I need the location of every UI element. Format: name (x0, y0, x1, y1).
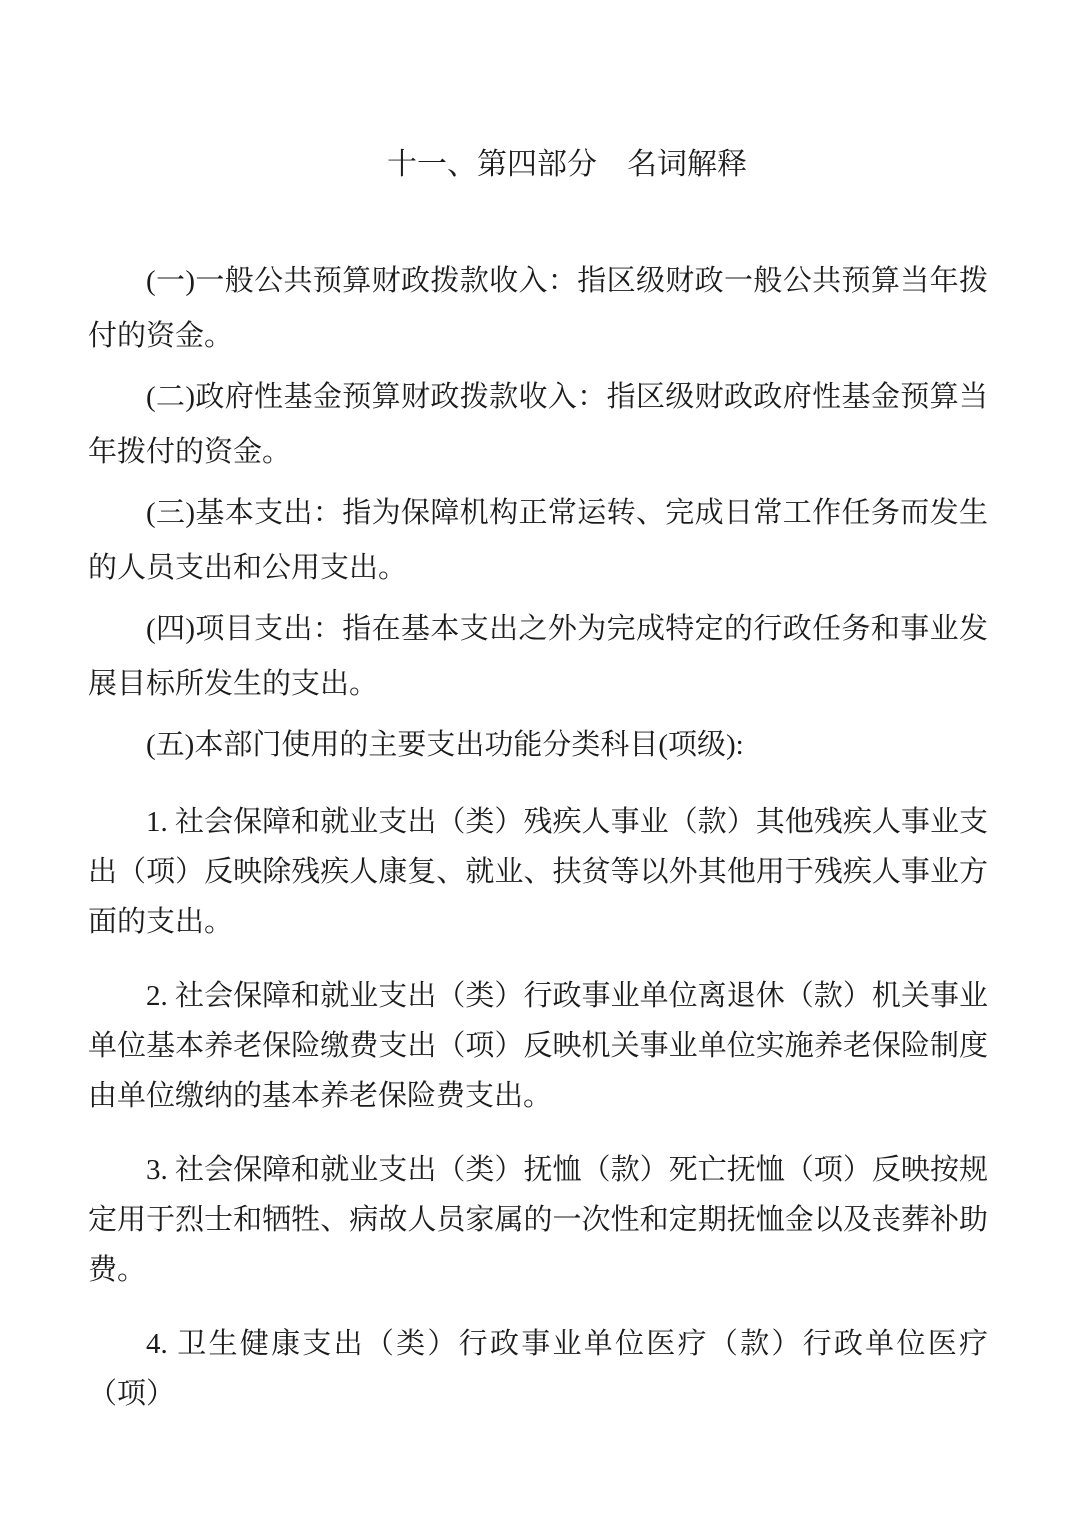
document-title: 十一、第四部分 名词解释 (88, 145, 988, 185)
definition-paragraph-government-fund-budget-income: (二)政府性基金预算财政拨款收入：指区级财政政府性基金预算当年拨付的资金。 (88, 370, 988, 480)
definition-paragraph-expenditure-classification-intro: (五)本部门使用的主要支出功能分类科目(项级): (88, 718, 988, 773)
expenditure-item-paragraph-3: 3. 社会保障和就业支出（类）抚恤（款）死亡抚恤（项）反映按规定用于烈士和牺牲、… (88, 1145, 988, 1295)
definition-paragraph-general-public-budget-income: (一)一般公共预算财政拨款收入：指区级财政一般公共预算当年拨付的资金。 (88, 254, 988, 364)
definition-paragraph-basic-expenditure: (三)基本支出：指为保障机构正常运转、完成日常工作任务而发生的人员支出和公用支出… (88, 486, 988, 596)
expenditure-item-paragraph-4: 4. 卫生健康支出（类）行政事业单位医疗（款）行政单位医疗（项） (88, 1319, 988, 1419)
expenditure-item-paragraph-2: 2. 社会保障和就业支出（类）行政事业单位离退休（款）机关事业单位基本养老保险缴… (88, 971, 988, 1121)
document-page: 十一、第四部分 名词解释 (一)一般公共预算财政拨款收入：指区级财政一般公共预算… (0, 0, 1075, 1520)
expenditure-item-paragraph-1: 1. 社会保障和就业支出（类）残疾人事业（款）其他残疾人事业支出（项）反映除残疾… (88, 797, 988, 947)
definition-paragraph-project-expenditure: (四)项目支出：指在基本支出之外为完成特定的行政任务和事业发展目标所发生的支出。 (88, 602, 988, 712)
